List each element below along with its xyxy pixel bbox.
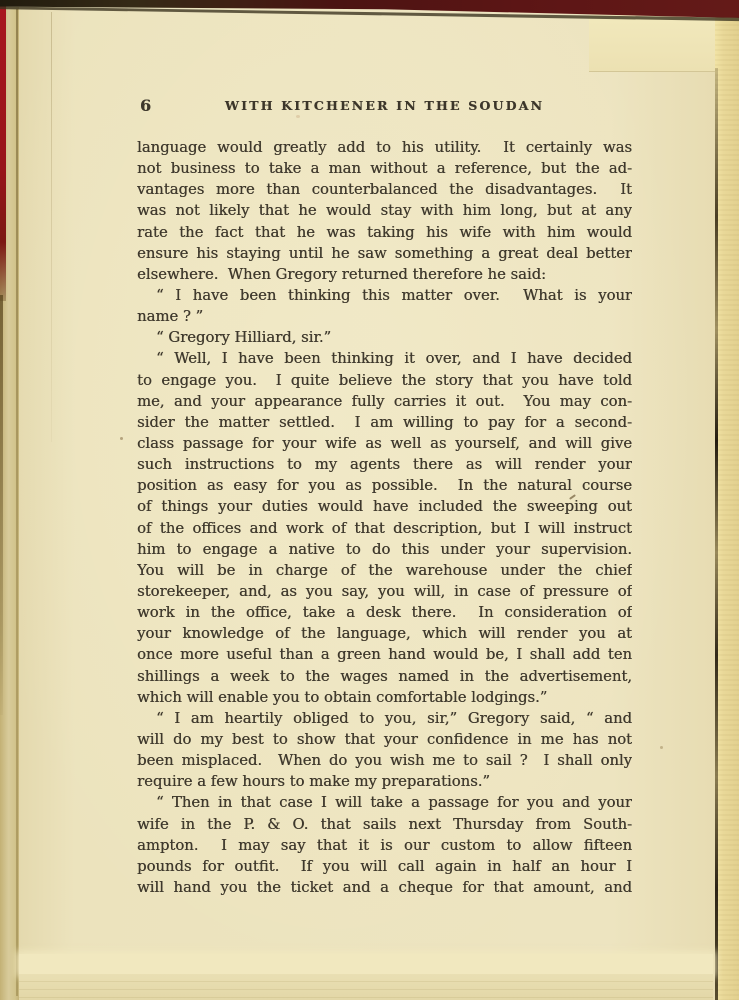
paper-speck (120, 437, 123, 440)
fore-edge-pages-strip (715, 14, 739, 1000)
text-line: class passage for your wife as well as y… (137, 433, 632, 454)
bottom-page-edges (19, 974, 713, 1000)
bottom-page-edge-highlight (19, 954, 713, 974)
text-line: to engage you. I quite believe the story… (137, 370, 632, 391)
text-line: ampton. I may say that it is our custom … (137, 835, 632, 856)
text-line: ensure his staying until he saw somethin… (137, 243, 632, 264)
text-line: “ I have been thinking this matter over.… (137, 285, 632, 306)
book-cover-red-sliver (0, 6, 6, 301)
text-line: will hand you the ticket and a cheque fo… (137, 877, 632, 898)
text-line: was not likely that he would stay with h… (137, 200, 632, 221)
text-line: storekeeper, and, as you say, you will, … (137, 581, 632, 602)
paper-speck (660, 746, 663, 749)
text-line: You will be in charge of the warehouse u… (137, 560, 632, 581)
text-line: him to engage a native to do this under … (137, 539, 632, 560)
text-line: elsewhere. When Gregory returned therefo… (137, 264, 632, 285)
text-line: “ Well, I have been thinking it over, an… (137, 348, 632, 369)
running-header-title: WITH KITCHENER IN THE SOUDAN (137, 96, 632, 113)
text-line: vantages more than counterbalanced the d… (137, 179, 632, 200)
text-line: “ Gregory Hilliard, sir.” (137, 327, 632, 348)
text-line: of things your duties would have include… (137, 496, 632, 517)
text-line: been misplaced. When do you wish me to s… (137, 750, 632, 771)
text-line: such instructions to my agents there as … (137, 454, 632, 475)
text-line: not business to take a man without a ref… (137, 158, 632, 179)
text-line: of the offices and work of that descript… (137, 518, 632, 539)
left-binding-shadow (0, 295, 3, 715)
left-underpage-edge-line (51, 12, 52, 442)
text-line: sider the matter settled. I am willing t… (137, 412, 632, 433)
text-line: work in the office, take a desk there. I… (137, 602, 632, 623)
body-text-block: language would greatly add to his utilit… (137, 137, 632, 898)
scanned-book-page: { "page": { "number": "6", "running_head… (0, 0, 739, 1000)
printed-page-content: 6 WITH KITCHENER IN THE SOUDAN language … (137, 96, 632, 898)
text-line: require a few hours to make my preparati… (137, 771, 632, 792)
text-line: which will enable you to obtain comforta… (137, 687, 632, 708)
text-line: me, and your appearance fully carries it… (137, 391, 632, 412)
text-line: your knowledge of the language, which wi… (137, 623, 632, 644)
text-line: rate the fact that he was taking his wif… (137, 222, 632, 243)
text-line: once more useful than a green hand would… (137, 644, 632, 665)
text-line: “ I am heartily obliged to you, sir,” Gr… (137, 708, 632, 729)
text-line: name ? ” (137, 306, 632, 327)
text-line: wife in the P. & O. that sails next Thur… (137, 814, 632, 835)
text-line: position as easy for you as possible. In… (137, 475, 632, 496)
text-line: will do my best to show that your confid… (137, 729, 632, 750)
text-line: “ Then in that case I will take a passag… (137, 792, 632, 813)
right-page-edge-shadow (715, 68, 718, 1000)
text-line: language would greatly add to his utilit… (137, 137, 632, 158)
running-header: 6 WITH KITCHENER IN THE SOUDAN (137, 96, 632, 116)
left-page-edge-line (16, 9, 18, 996)
page-number: 6 (140, 96, 152, 115)
text-line: pounds for outfit. If you will call agai… (137, 856, 632, 877)
text-line: shillings a week to the wages named in t… (137, 666, 632, 687)
